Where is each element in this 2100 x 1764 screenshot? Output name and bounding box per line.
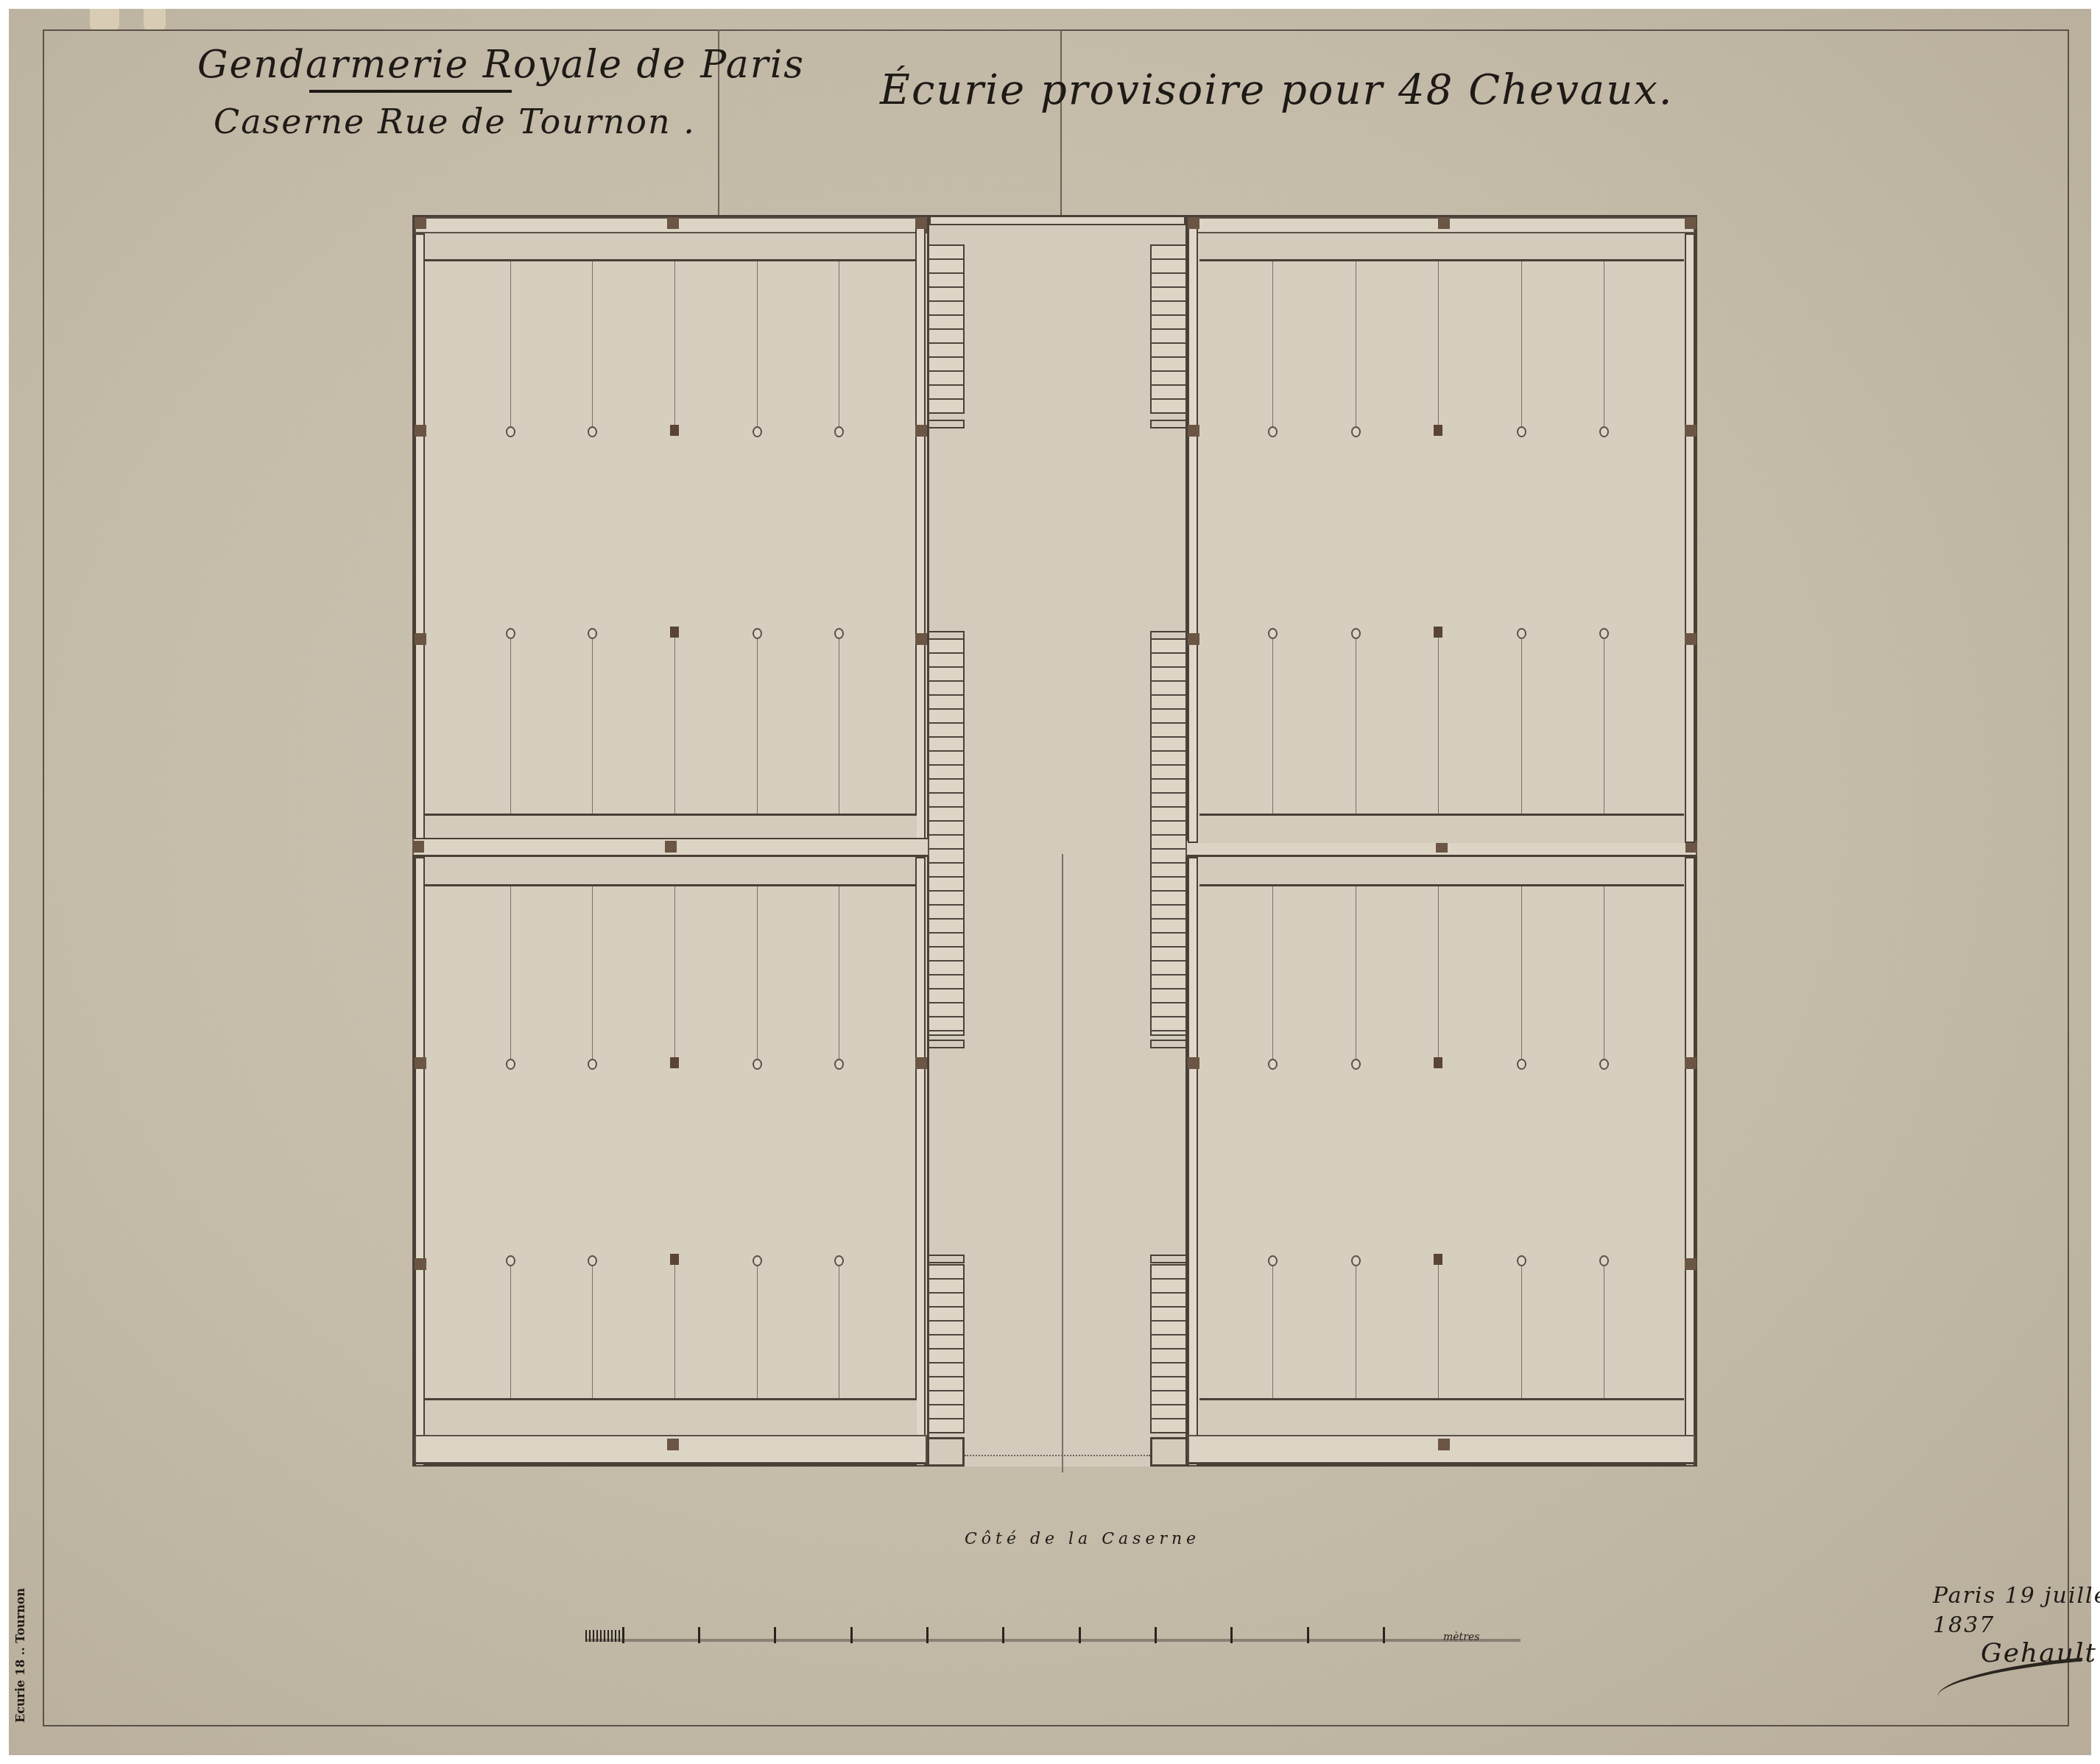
stall-divider xyxy=(1521,1258,1522,1398)
scale-fine-divisions xyxy=(585,1630,622,1642)
pillar xyxy=(415,633,426,645)
corridor-north-wall xyxy=(929,215,1185,225)
stall-divider xyxy=(1272,261,1273,431)
stall-divider xyxy=(592,1258,593,1398)
west-wall xyxy=(415,857,425,1467)
scale-tick xyxy=(1002,1627,1004,1643)
stall-divider xyxy=(757,629,758,814)
scale-tick xyxy=(698,1627,700,1643)
signature-place-date: Paris 19 juillet xyxy=(1933,1583,2100,1609)
stall-divider xyxy=(1438,886,1439,1063)
west-wall xyxy=(415,233,425,843)
pillar xyxy=(1685,217,1696,229)
post-round xyxy=(834,1255,844,1266)
pillar xyxy=(915,217,927,229)
stall-divider xyxy=(1521,629,1522,814)
plan-title: Écurie provisoire pour 48 Chevaux. xyxy=(880,66,1674,114)
post-square xyxy=(1434,1254,1442,1265)
central-corridor xyxy=(929,215,1185,1467)
post-square xyxy=(1434,1057,1442,1068)
pillar xyxy=(1685,425,1696,437)
stall-divider xyxy=(674,1258,675,1398)
post-round xyxy=(753,1059,762,1070)
east-wall xyxy=(915,857,926,1467)
scale-tick xyxy=(850,1627,853,1643)
rack-unit xyxy=(929,1264,965,1433)
post-round xyxy=(1351,1059,1361,1070)
pillar xyxy=(1438,1439,1450,1450)
stall-divider xyxy=(757,261,758,431)
block-south-west xyxy=(412,857,929,1467)
stall-divider xyxy=(1356,886,1356,1063)
rack-base xyxy=(1150,1040,1185,1048)
post-square xyxy=(670,425,679,436)
rack-top xyxy=(1150,631,1185,640)
east-wall xyxy=(1685,857,1695,1467)
pillar xyxy=(1188,1057,1199,1069)
scale-tick xyxy=(1383,1627,1385,1643)
stall-divider xyxy=(839,629,839,814)
west-wall xyxy=(1188,857,1198,1467)
pillar xyxy=(915,1057,927,1069)
rack-unit xyxy=(929,244,965,414)
pillar xyxy=(915,633,927,645)
post-round xyxy=(1351,628,1361,639)
rack-unit xyxy=(1150,244,1185,414)
pillar xyxy=(1188,633,1199,645)
rack-unit xyxy=(1150,638,1185,1036)
post-round xyxy=(1268,1059,1278,1070)
stall-divider xyxy=(1604,261,1604,431)
block-north-east xyxy=(1185,215,1697,841)
tape-mark xyxy=(90,9,119,31)
scale-tick xyxy=(1230,1627,1233,1643)
stall-divider xyxy=(592,629,593,814)
pillar xyxy=(1685,633,1696,645)
manger-trough xyxy=(425,1398,917,1435)
rack-base xyxy=(929,1040,965,1048)
manger-trough xyxy=(1199,814,1684,843)
post-round xyxy=(1517,1255,1526,1266)
stall-divider xyxy=(1604,886,1604,1063)
stall-divider xyxy=(1438,261,1439,431)
tape-mark xyxy=(144,9,166,31)
overlay-guide-line xyxy=(1062,854,1063,1472)
rack-top xyxy=(1150,1255,1185,1263)
pillar xyxy=(1188,425,1199,437)
post-round xyxy=(1517,1059,1526,1070)
post-round xyxy=(1268,1255,1278,1266)
stall-divider xyxy=(1521,261,1522,431)
pillar xyxy=(915,425,927,437)
post-round xyxy=(1599,426,1609,437)
stall-divider xyxy=(757,886,758,1063)
manger-trough xyxy=(425,857,917,886)
post-square xyxy=(1434,627,1442,638)
pillar xyxy=(665,841,677,853)
margin-archival-note: Ecurie 18 .. Tournon xyxy=(13,1502,27,1723)
stall-divider xyxy=(1438,1258,1439,1398)
pillar xyxy=(667,217,679,229)
rack-base xyxy=(929,420,965,428)
stall-divider xyxy=(1604,1258,1604,1398)
pillar xyxy=(667,1439,679,1450)
stall-divider xyxy=(1604,629,1604,814)
scale-tick xyxy=(926,1627,929,1643)
stall-divider xyxy=(757,1258,758,1398)
pillar xyxy=(415,217,426,229)
stall-divider xyxy=(1272,629,1273,814)
post-round xyxy=(588,1255,597,1266)
rack-base xyxy=(1150,1437,1185,1467)
floor-plan xyxy=(412,215,1697,1467)
signature-year: 1837 xyxy=(1933,1612,1995,1638)
manger-trough xyxy=(1199,857,1684,886)
scale-tick xyxy=(1079,1627,1081,1643)
dotted-threshold xyxy=(965,1455,1150,1456)
post-round xyxy=(1599,1255,1609,1266)
post-round xyxy=(1351,1255,1361,1266)
rack-unit xyxy=(929,638,965,1036)
post-round xyxy=(588,426,597,437)
scale-unit-label: mètres xyxy=(1443,1631,1479,1643)
stall-divider xyxy=(592,886,593,1063)
pillar xyxy=(1438,217,1450,229)
scale-bar: mètres xyxy=(585,1639,1521,1642)
stall-divider xyxy=(1272,886,1273,1063)
post-round xyxy=(588,628,597,639)
pillar xyxy=(415,425,426,437)
scale-tick xyxy=(774,1627,776,1643)
post-round xyxy=(1599,1059,1609,1070)
post-round xyxy=(834,1059,844,1070)
stall-divider xyxy=(674,261,675,431)
post-round xyxy=(1599,628,1609,639)
stall-divider xyxy=(839,261,839,431)
block-north-west xyxy=(412,215,929,841)
orientation-caption: Côté de la Caserne xyxy=(965,1530,1200,1548)
manger-trough xyxy=(425,233,917,261)
east-wall xyxy=(915,217,926,843)
stall-divider xyxy=(1272,1258,1273,1398)
scale-tick xyxy=(1307,1627,1309,1643)
manger-trough xyxy=(1199,1398,1684,1435)
post-round xyxy=(1351,426,1361,437)
post-round xyxy=(834,426,844,437)
pillar xyxy=(1188,217,1199,229)
manger-trough xyxy=(1199,233,1684,261)
stall-divider xyxy=(1521,886,1522,1063)
post-round xyxy=(834,628,844,639)
post-round xyxy=(753,628,762,639)
post-round xyxy=(506,426,515,437)
rack-top xyxy=(929,1255,965,1263)
block-south-east xyxy=(1185,857,1697,1467)
stall-divider xyxy=(1356,629,1356,814)
post-round xyxy=(1517,426,1526,437)
stall-divider xyxy=(1438,629,1439,814)
post-round xyxy=(753,1255,762,1266)
header-location: Caserne Rue de Tournon . xyxy=(214,102,696,141)
pillar xyxy=(415,1258,426,1270)
post-square xyxy=(670,1254,679,1265)
rack-base xyxy=(929,1437,965,1467)
stall-divider xyxy=(1356,261,1356,431)
post-round xyxy=(1268,426,1278,437)
stall-divider xyxy=(510,261,511,431)
pillar xyxy=(1685,1057,1696,1069)
stall-divider xyxy=(592,261,593,431)
rack-base xyxy=(1150,420,1185,428)
post-round xyxy=(1517,628,1526,639)
west-wall xyxy=(1188,217,1198,843)
rack-top xyxy=(929,631,965,640)
stall-divider xyxy=(674,629,675,814)
post-round xyxy=(506,1255,515,1266)
east-wall xyxy=(1685,233,1695,843)
post-square xyxy=(1434,425,1442,436)
post-round xyxy=(506,628,515,639)
scale-tick xyxy=(1155,1627,1157,1643)
stall-divider xyxy=(839,1258,839,1398)
post-round xyxy=(506,1059,515,1070)
post-square xyxy=(670,1057,679,1068)
stall-divider xyxy=(510,1258,511,1398)
pillar xyxy=(415,1057,426,1069)
rack-unit xyxy=(1150,1264,1185,1433)
stall-divider xyxy=(674,886,675,1063)
pillar xyxy=(1685,1258,1696,1270)
post-square xyxy=(670,627,679,638)
header-institution: Gendarmerie Royale de Paris xyxy=(197,43,805,87)
post-round xyxy=(588,1059,597,1070)
post-round xyxy=(1268,628,1278,639)
stall-divider xyxy=(510,886,511,1063)
stall-divider xyxy=(1356,1258,1356,1398)
post-round xyxy=(753,426,762,437)
stall-divider xyxy=(510,629,511,814)
header-underline xyxy=(309,90,512,93)
stall-divider xyxy=(839,886,839,1063)
pillar xyxy=(412,841,424,853)
scale-tick xyxy=(622,1627,624,1643)
